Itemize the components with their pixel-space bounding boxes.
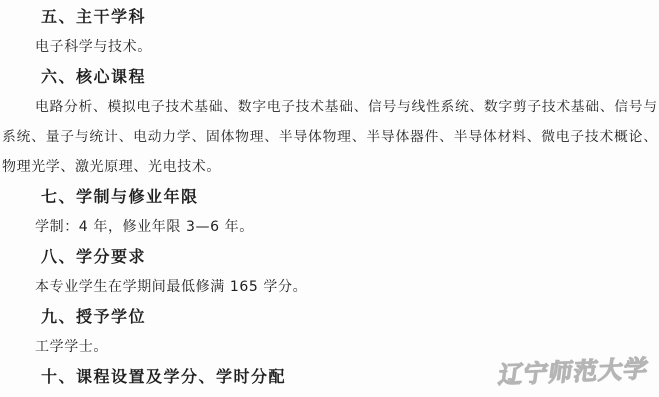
- section-5-heading: 五、主干学科: [0, 2, 659, 32]
- section-6-body-line-3: 物理光学、激光原理、光电技术。: [0, 152, 659, 182]
- section-8-heading: 八、学分要求: [0, 242, 659, 272]
- section-9-heading: 九、授予学位: [0, 302, 659, 332]
- section-7-heading: 七、学制与修业年限: [0, 182, 659, 212]
- section-6-body-line-2: 系统、量子与统计、电动力学、固体物理、半导体物理、半导体器件、半导体材料、微电子…: [0, 122, 659, 152]
- section-6-body-line-1: 电路分析、模拟电子技术基础、数字电子技术基础、信号与线性系统、数字剪子技术基础、…: [0, 92, 659, 122]
- section-7-body-text: 学制：4 年，修业年限 3—6 年。: [0, 212, 659, 242]
- section-8-body-text: 本专业学生在学期间最低修满 165 学分。: [0, 272, 659, 302]
- section-5-body-text: 电子科学与技术。: [0, 32, 659, 62]
- document-page: 五、主干学科 电子科学与技术。 六、核心课程 电路分析、模拟电子技术基础、数字电…: [0, 0, 659, 397]
- university-watermark: 辽宁师范大学: [497, 349, 651, 391]
- section-6-heading: 六、核心课程: [0, 62, 659, 92]
